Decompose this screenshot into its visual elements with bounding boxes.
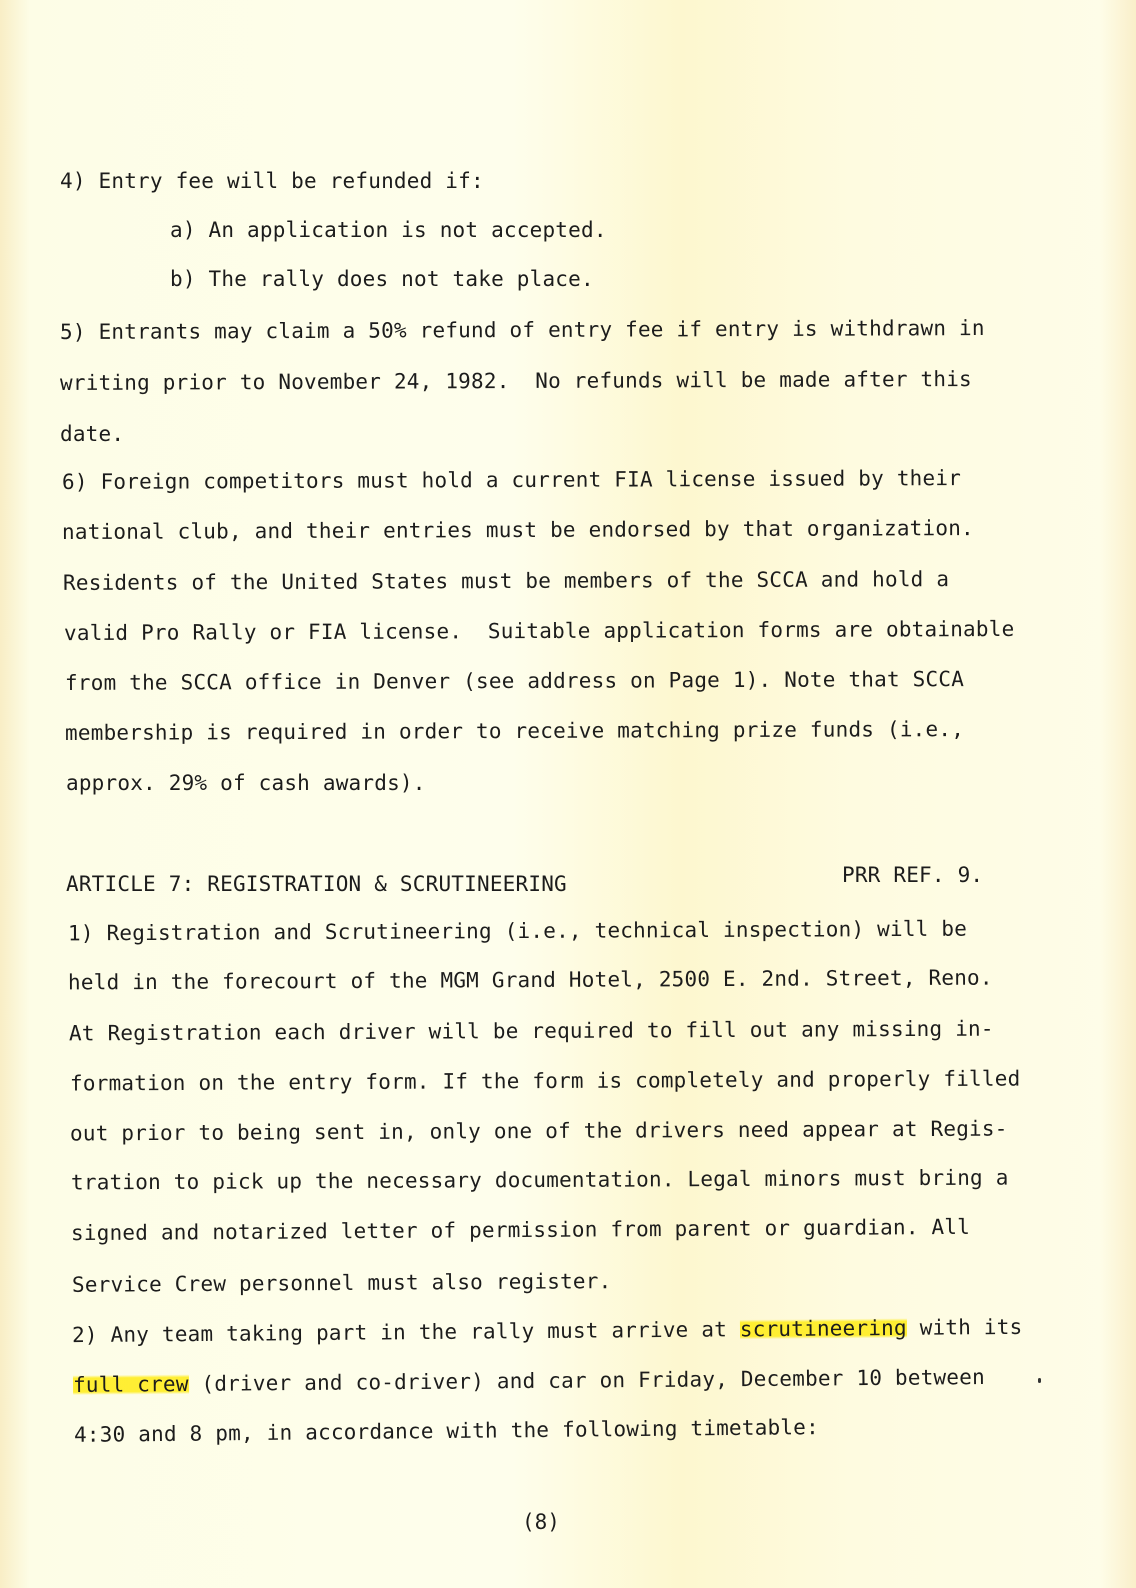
article-7-item-1-line-3: At Registration each driver will be requ… xyxy=(69,1016,994,1047)
paragraph-6-line-7: approx. 29% of cash awards). xyxy=(66,770,426,796)
paragraph-6-line-5: from the SCCA office in Denver (see addr… xyxy=(65,666,964,696)
paragraph-6-line-2: national club, and their entries must be… xyxy=(62,515,974,545)
paragraph-6-line-3: Residents of the United States must be m… xyxy=(63,566,949,596)
paragraph-5-line-3: date. xyxy=(60,421,124,447)
article-7-item-1-line-6: tration to pick up the necessary documen… xyxy=(71,1165,1009,1196)
article-7-item-2-line-2: full crew (driver and co-driver) and car… xyxy=(73,1364,985,1398)
ink-speck xyxy=(1038,1378,1041,1383)
article-7-item-1-line-1: 1) Registration and Scrutineering (i.e.,… xyxy=(68,916,967,947)
paragraph-5-line-2: writing prior to November 24, 1982. No r… xyxy=(60,366,972,396)
item-2-line-2-rest: (driver and co-driver) and car on Friday… xyxy=(189,1365,985,1396)
item-2-line-1-text: 2) Any team taking part in the rally mus… xyxy=(72,1317,740,1347)
highlight-scrutineering: scrutineering xyxy=(740,1316,907,1341)
page-number: (8) xyxy=(522,1510,560,1534)
article-7-item-2-line-3: 4:30 and 8 pm, in accordance with the fo… xyxy=(74,1414,819,1448)
paragraph-6-line-6: membership is required in order to recei… xyxy=(65,716,964,746)
paragraph-6-line-1: 6) Foreign competitors must hold a curre… xyxy=(62,465,961,495)
article-7-item-1-line-2: held in the forecourt of the MGM Grand H… xyxy=(68,965,993,996)
article-7-item-1-line-5: out prior to being sent in, only one of … xyxy=(70,1116,1008,1147)
highlight-full-crew: full crew xyxy=(73,1372,189,1397)
article-7-item-1-line-8: Service Crew personnel must also registe… xyxy=(72,1268,612,1298)
paragraph-6-line-4: valid Pro Rally or FIA license. Suitable… xyxy=(64,616,1014,646)
article-7-item-1-line-4: formation on the entry form. If the form… xyxy=(70,1066,1021,1097)
refund-conditions-intro: 4) Entry fee will be refunded if: xyxy=(60,168,484,194)
refund-condition-a: a) An application is not accepted. xyxy=(170,217,607,243)
article-7-reference: PRR REF. 9. xyxy=(842,862,983,888)
article-7-item-1-line-7: signed and notarized letter of permissio… xyxy=(71,1214,970,1246)
article-7-heading: ARTICLE 7: REGISTRATION & SCRUTINEERING xyxy=(66,871,567,897)
article-7-item-2-line-1: 2) Any team taking part in the rally mus… xyxy=(72,1314,1023,1348)
paragraph-5-line-1: 5) Entrants may claim a 50% refund of en… xyxy=(60,315,985,345)
item-2-line-1-rest: with its xyxy=(907,1315,1023,1340)
document-page: 4) Entry fee will be refunded if: a) An … xyxy=(0,0,1136,1588)
refund-condition-b: b) The rally does not take place. xyxy=(170,266,594,292)
